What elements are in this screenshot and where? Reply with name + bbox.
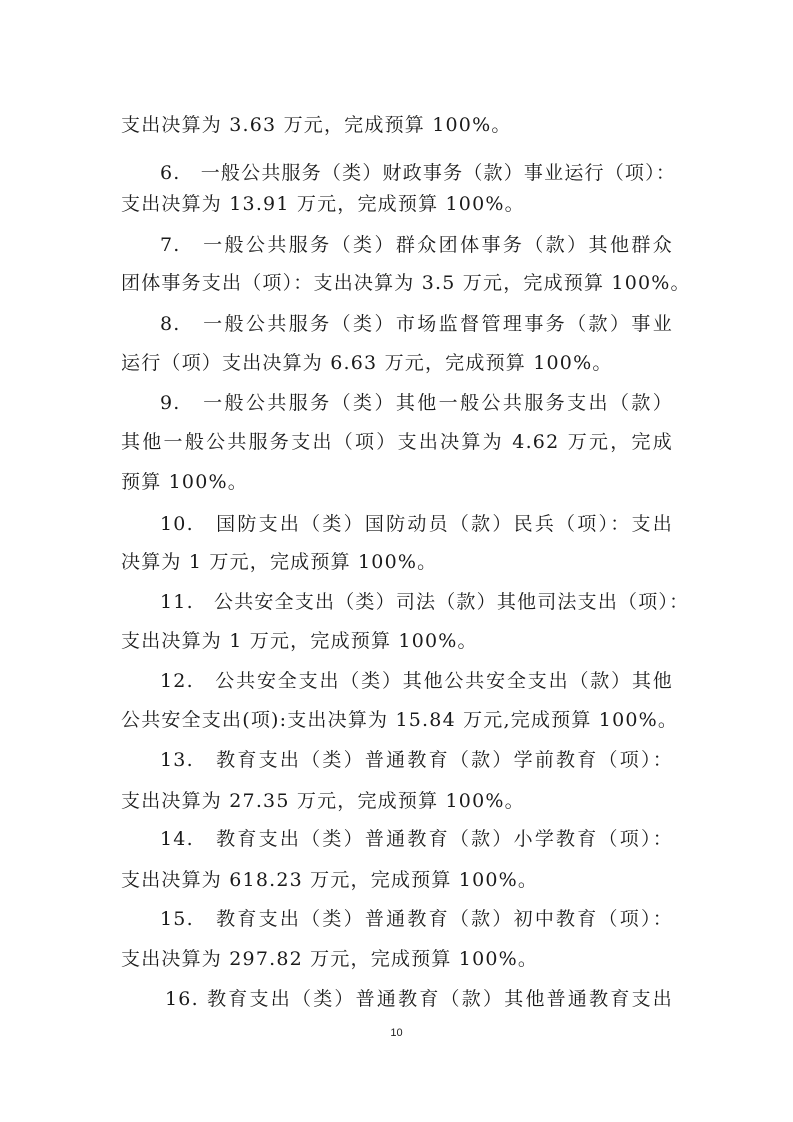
item-6-heading: 6. 一般公共服务（类）财政事务（款）事业运行（项）： xyxy=(160,161,673,185)
text-line: 其他一般公共服务支出（项）支出决算为 4.62 万元，完成 xyxy=(121,430,673,454)
item-13-heading: 13. 教育支出（类）普通教育（款）学前教育（项）： xyxy=(160,748,673,772)
text-line: 支出决算为 27.35 万元，完成预算 100%。 xyxy=(121,789,673,813)
item-15-heading: 15. 教育支出（类）普通教育（款）初中教育（项）： xyxy=(160,907,673,931)
item-7-heading: 7. 一般公共服务（类）群众团体事务（款）其他群众 xyxy=(160,233,673,257)
item-10-heading: 10. 国防支出（类）国防动员（款）民兵（项）：支出 xyxy=(160,512,673,536)
text-line: 支出决算为 618.23 万元，完成预算 100%。 xyxy=(121,868,673,892)
item-9-heading: 9. 一般公共服务（类）其他一般公共服务支出（款） xyxy=(160,391,673,415)
text-line: 预算 100%。 xyxy=(121,470,673,494)
item-11-heading: 11. 公共安全支出（类）司法（款）其他司法支出（项）： xyxy=(160,590,673,614)
text-line: 团体事务支出（项）：支出决算为 3.5 万元，完成预算 100%。 xyxy=(121,271,673,295)
text-line: 支出决算为 13.91 万元，完成预算 100%。 xyxy=(121,192,673,216)
text-line: 支出决算为 3.63 万元，完成预算 100%。 xyxy=(121,113,673,137)
page-number: 10 xyxy=(0,1027,793,1039)
item-16-heading: 16. 教育支出（类）普通教育（款）其他普通教育支出 xyxy=(165,987,673,1011)
text-line: 公共安全支出(项):支出决算为 15.84 万元,完成预算 100%。 xyxy=(121,708,673,732)
text-line: 决算为 1 万元，完成预算 100%。 xyxy=(121,550,673,574)
text-line: 支出决算为 1 万元，完成预算 100%。 xyxy=(121,629,673,653)
item-8-heading: 8. 一般公共服务（类）市场监督管理事务（款）事业 xyxy=(160,312,673,336)
document-page: 支出决算为 3.63 万元，完成预算 100%。 6. 一般公共服务（类）财政事… xyxy=(0,0,793,1122)
text-line: 运行（项）支出决算为 6.63 万元，完成预算 100%。 xyxy=(121,351,673,375)
text-line: 支出决算为 297.82 万元，完成预算 100%。 xyxy=(121,947,673,971)
item-14-heading: 14. 教育支出（类）普通教育（款）小学教育（项）： xyxy=(160,827,673,851)
item-12-heading: 12. 公共安全支出（类）其他公共安全支出（款）其他 xyxy=(160,669,673,693)
